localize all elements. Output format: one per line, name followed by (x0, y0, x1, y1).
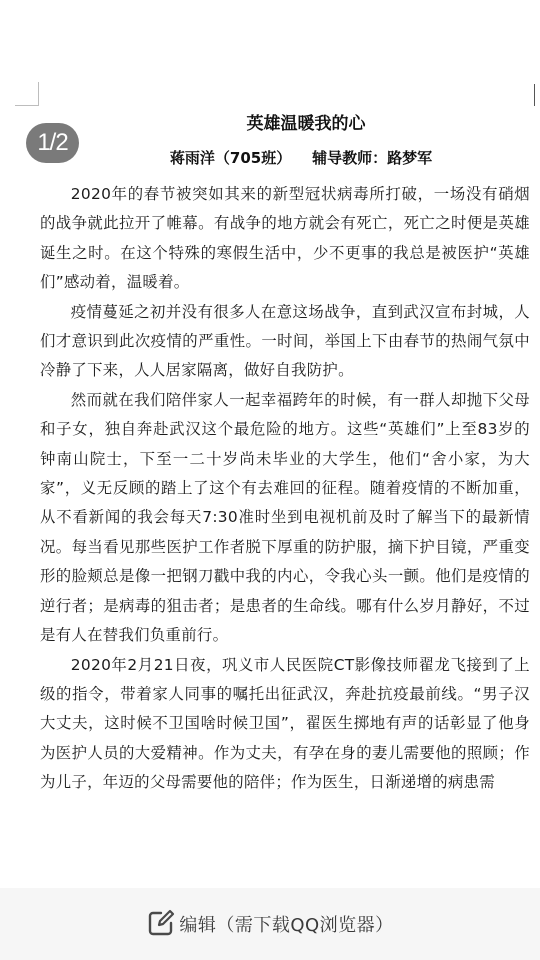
paragraph-2: 疫情蔓延之初并没有很多人在意这场战争，直到武汉宣布封城，人们才意识到此次疫情的严… (40, 298, 530, 386)
paragraph-4: 2020年2月21日夜，巩义市人民医院CT影像技师翟龙飞接到了上级的指令，带着家… (40, 651, 530, 798)
edit-pencil-square-icon (146, 908, 176, 938)
document-byline: 蒋雨洋（705班） 辅导教师：路梦军 (0, 145, 540, 171)
edit-button-label: 编辑（需下载QQ浏览器） (179, 911, 393, 937)
edit-button[interactable]: 编辑（需下载QQ浏览器） (0, 888, 540, 960)
document-body: 2020年的春节被突如其来的新型冠状病毒所打破，一场没有硝烟的战争就此拉开了帷幕… (40, 180, 530, 798)
paragraph-1: 2020年的春节被突如其来的新型冠状病毒所打破，一场没有硝烟的战争就此拉开了帷幕… (40, 180, 530, 298)
page-corner-mark-left (15, 82, 39, 106)
document-viewer[interactable]: 1/2 英雄温暖我的心 蒋雨洋（705班） 辅导教师：路梦军 2020年的春节被… (0, 0, 540, 960)
page-corner-mark-right (534, 84, 540, 106)
paragraph-3: 然而就在我们陪伴家人一起幸福跨年的时候，有一群人却抛下父母和子女，独自奔赴武汉这… (40, 386, 530, 651)
document-title: 英雄温暖我的心 (0, 110, 540, 138)
